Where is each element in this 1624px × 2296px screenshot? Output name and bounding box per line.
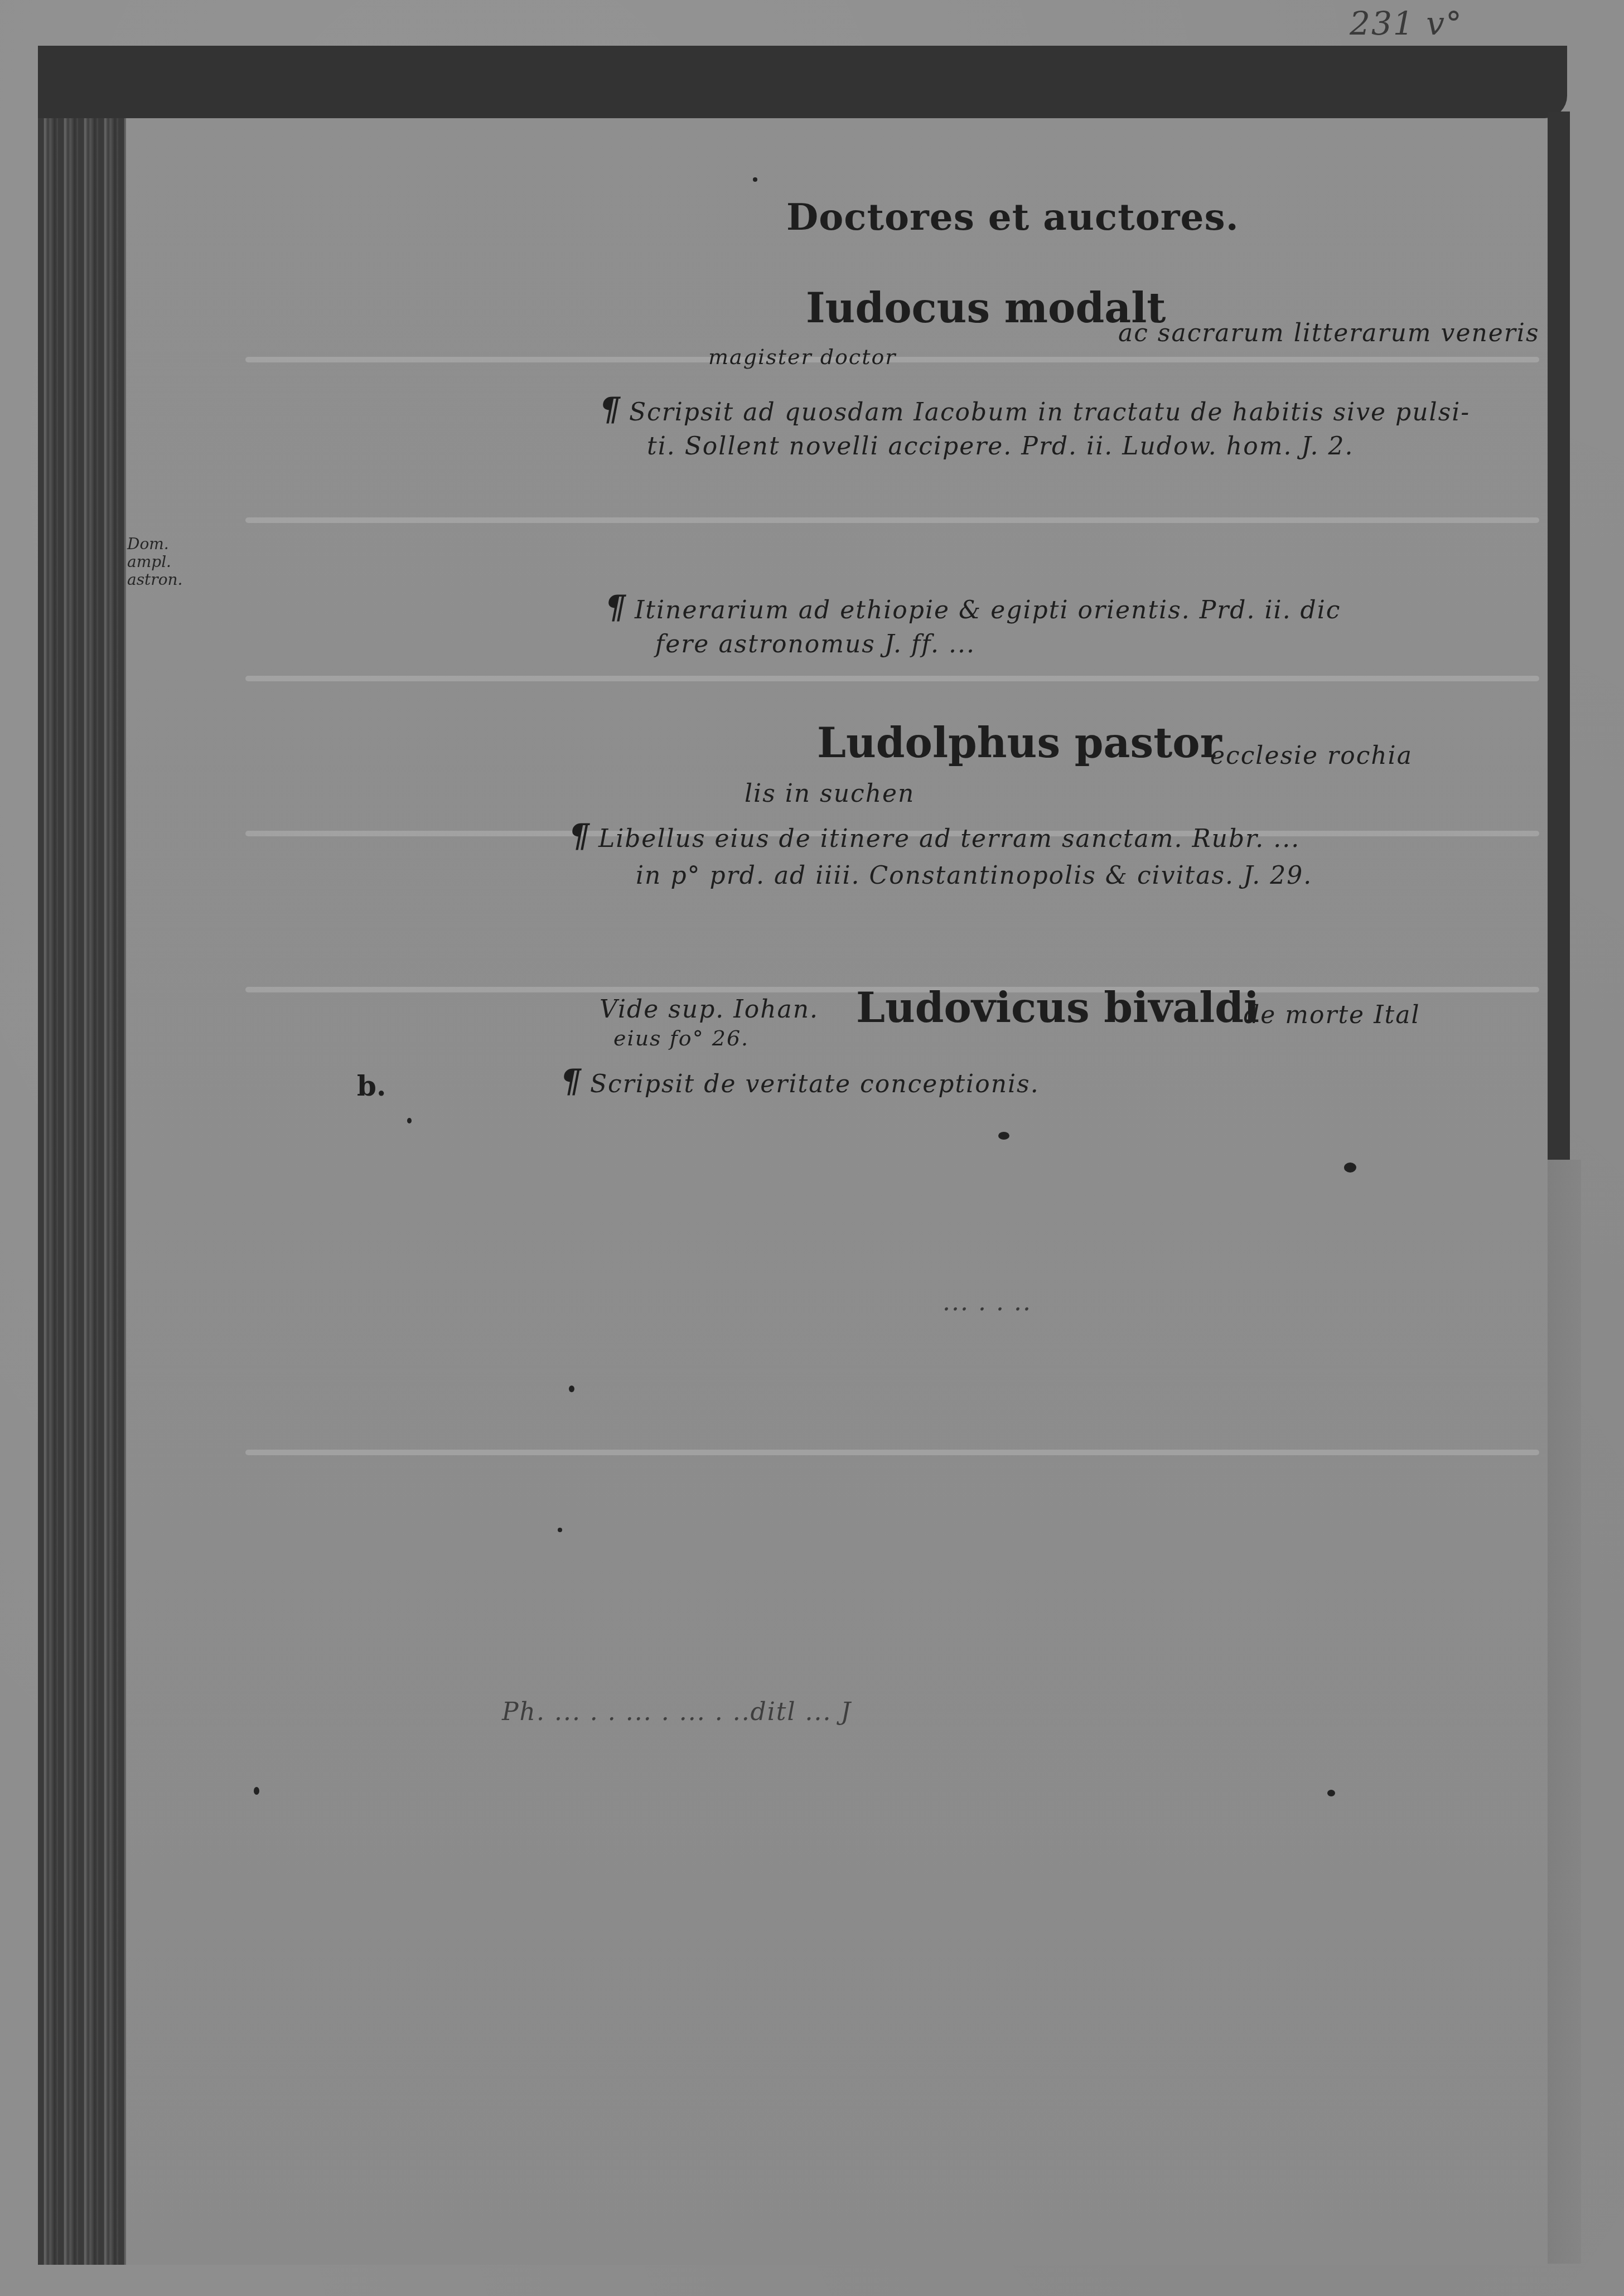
entry-item-line: ¶Scripsit de veritate conceptionis. bbox=[560, 1062, 1040, 1100]
ink-speck bbox=[753, 177, 757, 182]
scan-frame-right bbox=[1548, 112, 1570, 1160]
entry-description: ecclesie rochia bbox=[1210, 742, 1413, 770]
entry-name: Ludovicus bivaldi bbox=[856, 984, 1259, 1032]
book-binding bbox=[38, 118, 126, 2265]
ink-speck bbox=[254, 1787, 259, 1795]
ink-speck bbox=[1327, 1790, 1335, 1796]
ink-speck bbox=[558, 1528, 562, 1532]
paragraph-mark-icon: ¶ bbox=[605, 588, 627, 626]
entry-item-line: ¶Itinerarium ad ethiopie & egipti orient… bbox=[605, 588, 1341, 626]
entry-description-cont: lis in suchen bbox=[745, 779, 915, 808]
scan-frame-top bbox=[38, 46, 1567, 118]
entry-item-line: ¶Libellus eius de itinere ad terram sanc… bbox=[569, 817, 1300, 855]
ink-speck bbox=[1344, 1162, 1356, 1173]
entry-name: Ludolphus pastor bbox=[817, 719, 1222, 767]
entry-item-line: ¶Scripsit ad quosdam Iacobum in tractatu… bbox=[600, 390, 1470, 428]
page-heading: Doctores et auctores. bbox=[786, 195, 1239, 239]
cross-reference-cont: eius fo° 26. bbox=[613, 1026, 749, 1050]
ink-speck bbox=[998, 1132, 1009, 1140]
paragraph-mark-icon: ¶ bbox=[600, 390, 621, 428]
margin-note: b. bbox=[357, 1069, 386, 1102]
entry-description: de morte Ital bbox=[1244, 1001, 1420, 1029]
faded-text-line: Ph. ... . . ... . ... . ..ditl ... J bbox=[502, 1698, 852, 1726]
entry-name: Iudocus modalt bbox=[806, 284, 1166, 332]
entry-item-line: ti. Sollent novelli accipere. Prd. ii. L… bbox=[647, 432, 1354, 461]
paragraph-mark-icon: ¶ bbox=[569, 817, 591, 855]
entry-item-line: in p° prd. ad iiii. Constantinopolis & c… bbox=[636, 861, 1312, 890]
folio-number: 231 v° bbox=[1350, 4, 1463, 42]
cross-reference: Vide sup. Iohan. bbox=[600, 995, 819, 1024]
faded-text-line: ... . . .. bbox=[942, 1288, 1032, 1316]
ruled-line bbox=[245, 1450, 1539, 1455]
entry-item-line: fere astronomus J. ff. ... bbox=[655, 630, 975, 658]
entry-description: ac sacrarum litterarum veneris bbox=[1118, 319, 1540, 347]
ruled-line bbox=[245, 676, 1539, 681]
entry-description-cont: magister doctor bbox=[708, 345, 896, 369]
ruled-line bbox=[245, 517, 1539, 523]
ink-speck bbox=[407, 1118, 412, 1123]
margin-note: Dom. ampl. astron. bbox=[127, 535, 183, 589]
paragraph-mark-icon: ¶ bbox=[560, 1062, 582, 1100]
ink-speck bbox=[569, 1386, 574, 1392]
leaf-edge-shadow bbox=[1548, 1160, 1581, 2264]
